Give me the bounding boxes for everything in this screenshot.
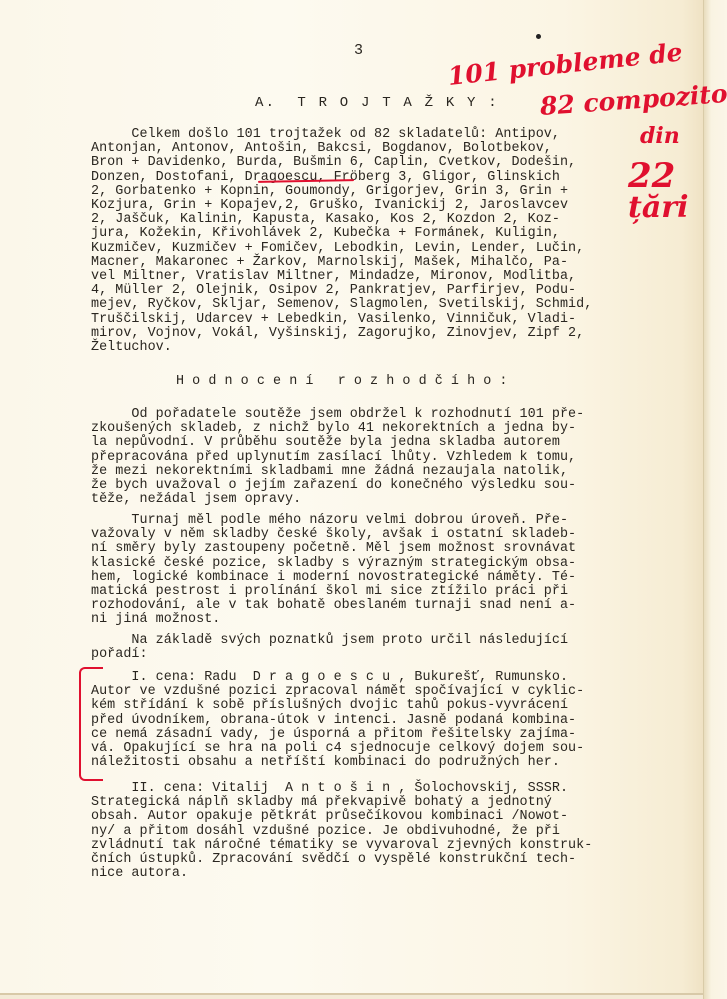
text-line: I. cena: Radu D r a g o e s c u , Bukure… — [91, 671, 584, 685]
text-line: ni jiná možnost. — [91, 613, 576, 627]
text-line: před úvodníkem, obrana-útok v intenci. J… — [91, 714, 584, 728]
text-line: Turnaj měl podle mého názoru velmi dobro… — [91, 514, 576, 528]
text-line: vel Miltner, Vratislav Miltner, Mindadze… — [91, 270, 592, 284]
judge-paragraph-1: Od pořadatele soutěže jsem obdržel k roz… — [91, 408, 584, 507]
text-line: že bych uvažoval o jejím zařazení do kon… — [91, 479, 584, 493]
text-line: 2, Gorbatenko + Kopnin, Goumondy, Grigor… — [91, 185, 592, 199]
text-line: Od pořadatele soutěže jsem obdržel k roz… — [91, 408, 584, 422]
judge-paragraph-2: Turnaj měl podle mého názoru velmi dobro… — [91, 514, 576, 628]
text-line: zvládnutí tak náročné tématiky se vyvaro… — [91, 839, 592, 853]
text-line: kém střídání k sobě příslušných dvojic t… — [91, 699, 584, 713]
text-line: važovaly v něm skladby české školy, avša… — [91, 528, 576, 542]
text-line: mejev, Ryčkov, Skljar, Semenov, Slagmole… — [91, 298, 592, 312]
text-line: mirov, Vojnov, Vokál, Vyšinskij, Zagoruj… — [91, 327, 592, 341]
text-line: Želtuchov. — [91, 341, 592, 355]
page-number: 3 — [354, 44, 363, 58]
prize-1-text: I. cena: Radu D r a g o e s c u , Bukure… — [91, 671, 584, 770]
text-line: Bron + Davidenko, Burda, Bušmin 6, Capli… — [91, 156, 592, 170]
text-line: Na základě svých poznatků jsem proto urč… — [91, 634, 568, 648]
text-line: přepracována před uplynutím zasílací lhů… — [91, 451, 584, 465]
judge-paragraph-3: Na základě svých poznatků jsem proto urč… — [91, 634, 568, 662]
text-line: vá. Opakující se hra na poli c4 sjednocu… — [91, 742, 584, 756]
text-line: 2, Jaščuk, Kalinin, Kapusta, Kasako, Kos… — [91, 213, 592, 227]
text-line: hem, logické kombinace i moderní novostr… — [91, 571, 576, 585]
text-line: Celkem došlo 101 trojtažek od 82 skladat… — [91, 128, 592, 142]
text-line: ny/ a přitom dosáhl vzdušné pozice. Je o… — [91, 825, 592, 839]
text-line: čních ústupků. Zpracování svědčí o vyspě… — [91, 853, 592, 867]
text-line: Kuzmičev, Kuzmičev + Fomičev, Lebodkin, … — [91, 242, 592, 256]
red-margin-bracket — [79, 667, 103, 781]
text-line: 4, Müller 2, Olejnik, Osipov 2, Pankratj… — [91, 284, 592, 298]
handwritten-note-line-5: țări — [628, 190, 689, 225]
text-line: rozhodování, ale v tak bohatě obeslaném … — [91, 599, 576, 613]
text-line: náležitosti obsahu a netříští kombinaci … — [91, 756, 584, 770]
text-line: obsah. Autor opakuje pětkrát průsečíkovo… — [91, 810, 592, 824]
text-line: klasické české pozice, skladby s výrazný… — [91, 557, 576, 571]
text-line: Autor ve vzdušné pozici zpracoval námět … — [91, 685, 584, 699]
text-line: Antonjan, Antonov, Antošin, Bakcsi, Bogd… — [91, 142, 592, 156]
entries-paragraph: Celkem došlo 101 trojtažek od 82 skladat… — [91, 128, 592, 355]
text-line: Macner, Makaronec + Žarkov, Marnolskij, … — [91, 256, 592, 270]
page-fold-edge — [703, 0, 727, 999]
ink-dot — [536, 34, 541, 39]
text-line: Kozjura, Grin + Kopajev,2, Gruško, Ivani… — [91, 199, 592, 213]
handwritten-note-line-3: din — [640, 123, 680, 149]
judge-heading: H o d n o c e n í r o z h o d č í h o : — [176, 375, 508, 389]
text-line: II. cena: Vitalij A n t o š i n , Šoloch… — [91, 782, 592, 796]
text-line: la nepůvodní. V průběhu soutěže byla jed… — [91, 436, 584, 450]
prize-2-text: II. cena: Vitalij A n t o š i n , Šoloch… — [91, 782, 592, 881]
text-line: Truščilskij, Udarcev + Lebedkin, Vasilen… — [91, 313, 592, 327]
text-line: nice autora. — [91, 867, 592, 881]
text-line: těže, nežádal jsem opravy. — [91, 493, 584, 507]
text-line: zkoušených skladeb, z nichž bylo 41 neko… — [91, 422, 584, 436]
text-line: pořadí: — [91, 648, 568, 662]
text-line: že mezi nekorektními skladbami mne žádná… — [91, 465, 584, 479]
text-line: Strategická náplň skladby má překvapivě … — [91, 796, 592, 810]
text-line: ní směry byly zastoupeny početně. Měl js… — [91, 542, 576, 556]
text-line: matická pestrost i prolínání škol mi sic… — [91, 585, 576, 599]
text-line: Donzen, Dostofani, Dragoescu, Fröberg 3,… — [91, 171, 592, 185]
text-line: jura, Kožekin, Křivohlávek 2, Kubečka + … — [91, 227, 592, 241]
section-title: A. T R O J T A Ž K Y : — [255, 96, 499, 110]
text-line: ce nemá zásadní vady, je úsporná a přito… — [91, 728, 584, 742]
